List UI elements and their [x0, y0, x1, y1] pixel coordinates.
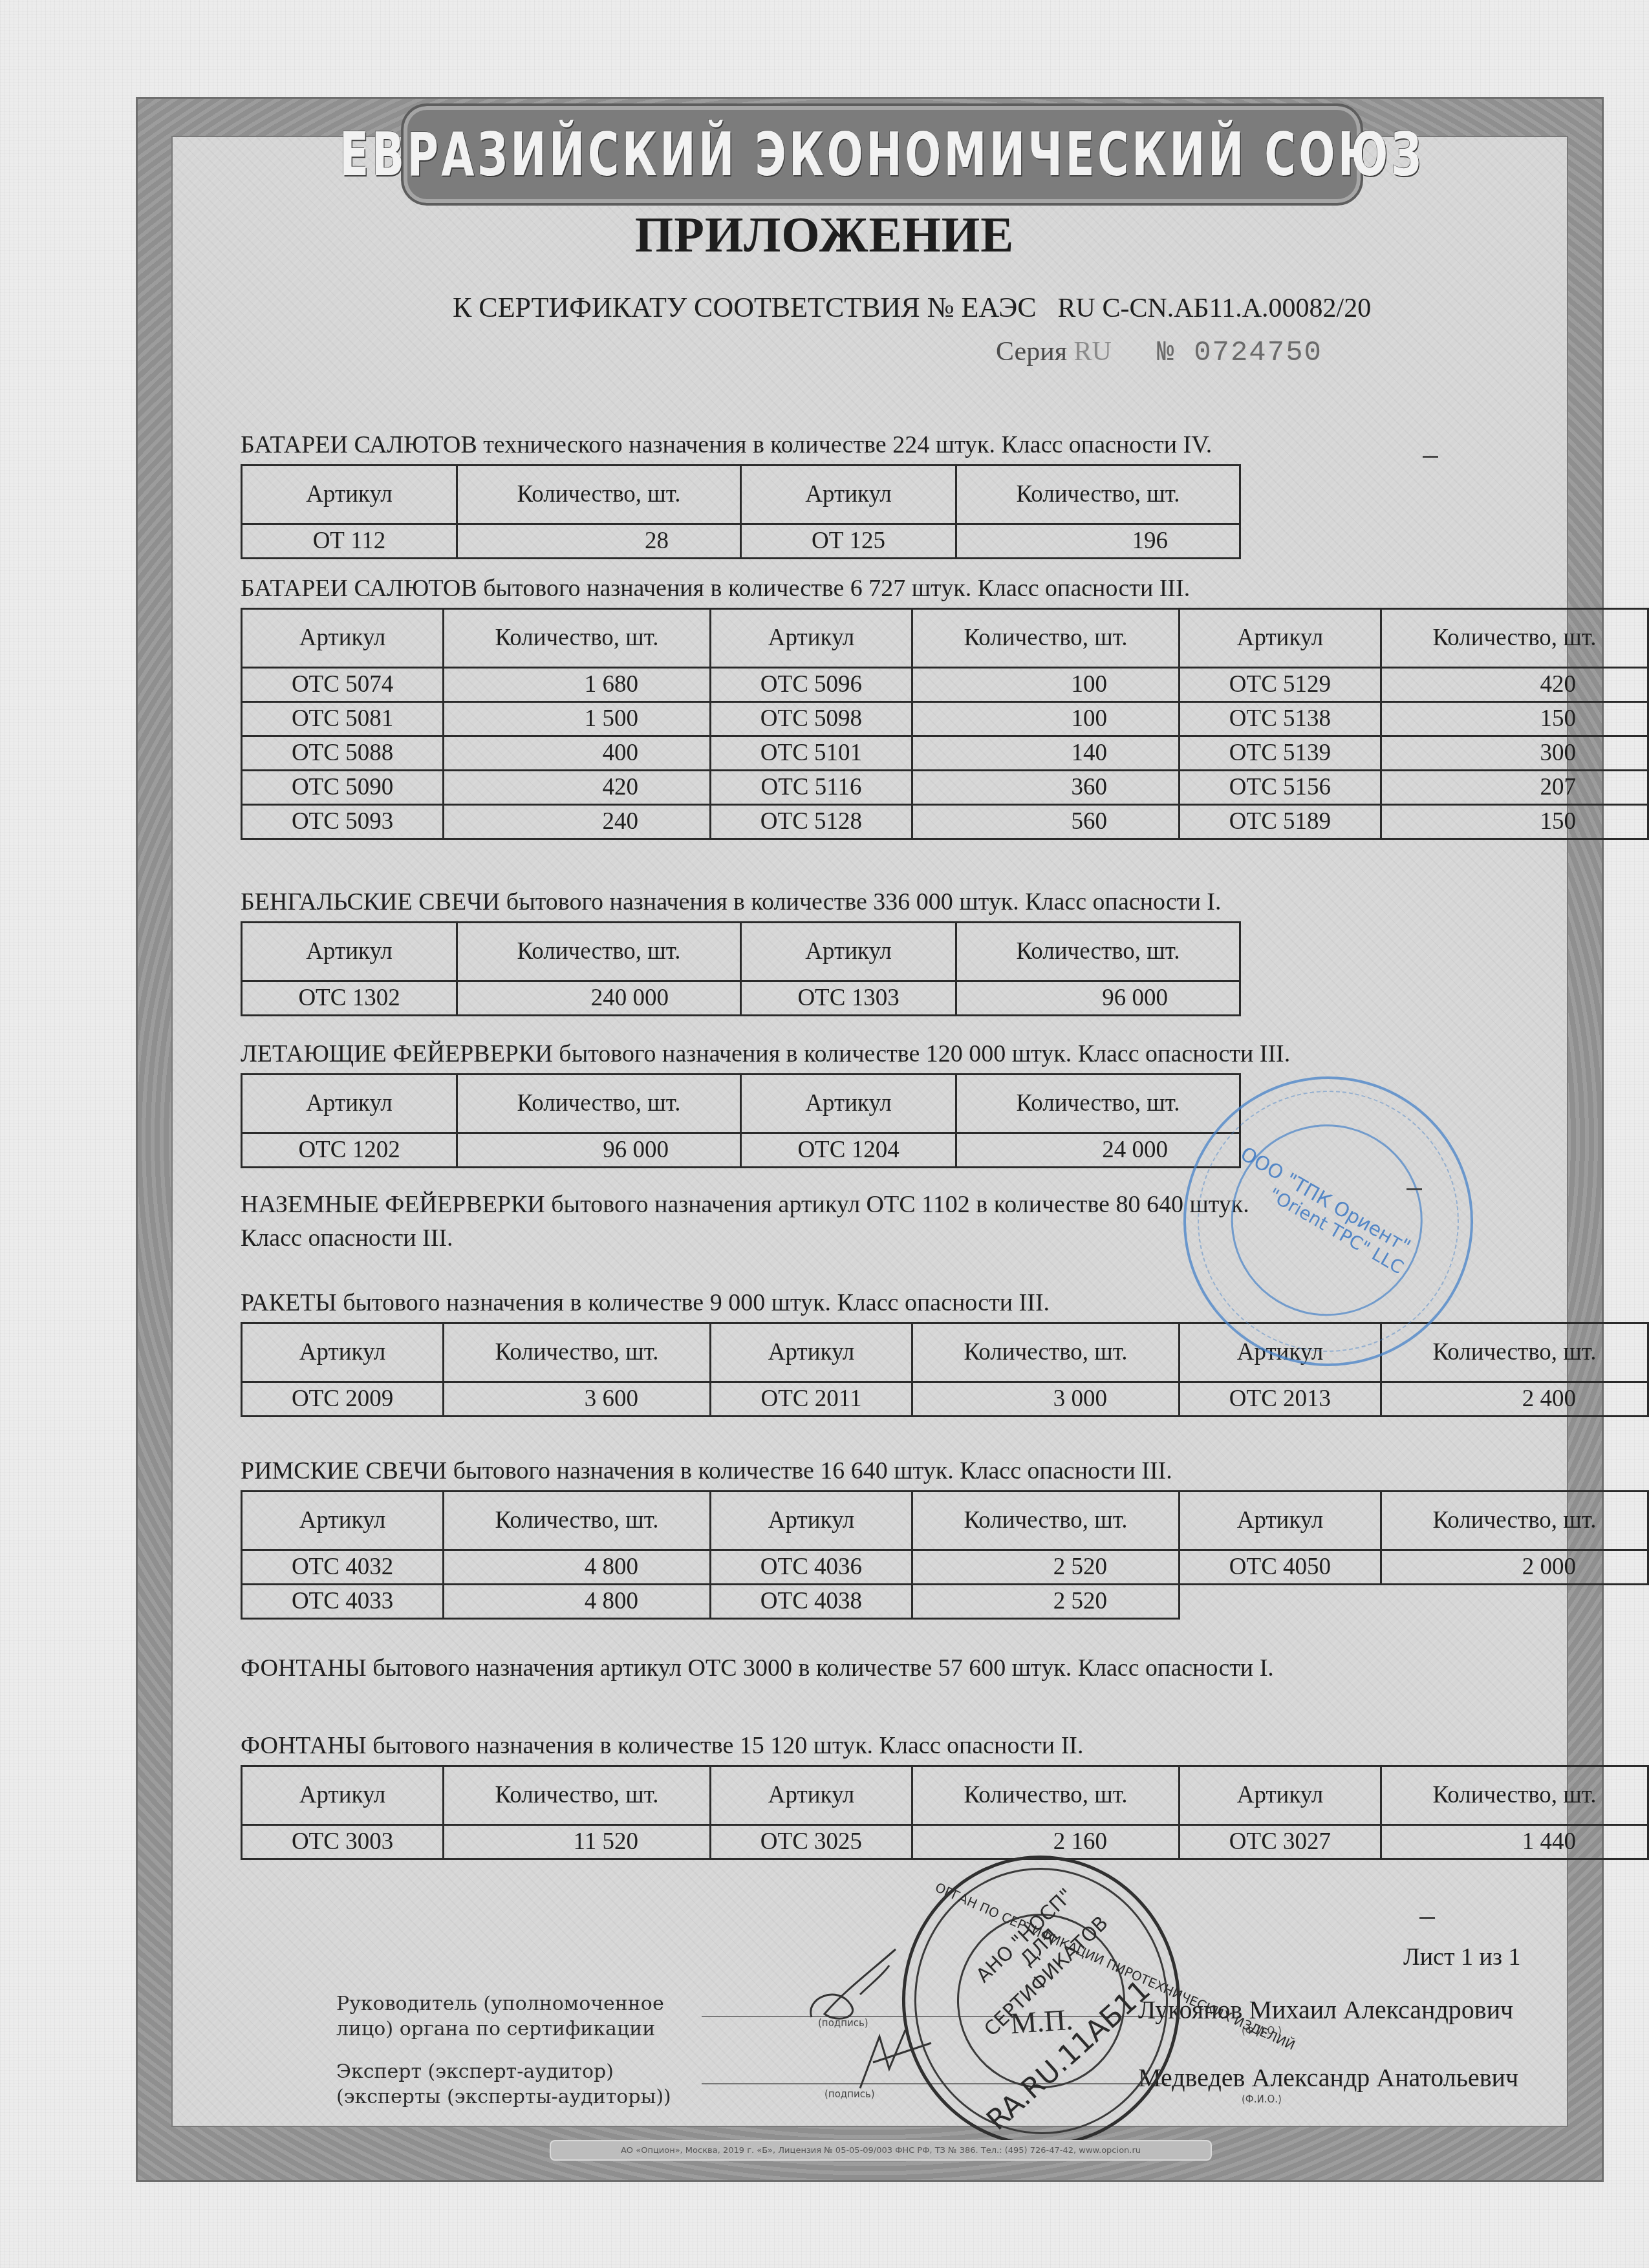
table-row: ОТС 1302240 000ОТС 130396 000	[242, 981, 1240, 1015]
quantity-cell: 400	[444, 736, 711, 770]
article-cell: ОТС 5128	[710, 804, 912, 839]
table-row: ОТС 120296 000ОТС 120424 000	[242, 1133, 1240, 1167]
article-cell: ОТС 4033	[242, 1584, 444, 1618]
column-header-quantity: Количество, шт.	[1381, 608, 1648, 667]
table-row: ОТ 11228ОТ 125196	[242, 524, 1240, 558]
column-header-article: Артикул	[242, 465, 457, 524]
column-header-quantity: Количество, шт.	[444, 1766, 711, 1824]
table-header-row: АртикулКоличество, шт.АртикулКоличество,…	[242, 1491, 1648, 1550]
quantity-cell: 300	[1381, 736, 1648, 770]
table-header-row: АртикулКоличество, шт.АртикулКоличество,…	[242, 1766, 1648, 1824]
page-title: ПРИЛОЖЕНИЕ	[17, 206, 1633, 264]
expert-label-line1: Эксперт (эксперт-аудитор)	[336, 2059, 671, 2084]
product-category: БЕНГАЛЬСКИЕ СВЕЧИ	[241, 888, 500, 915]
table-header-row: АртикулКоличество, шт.АртикулКоличество,…	[242, 465, 1240, 524]
section-caption: БЕНГАЛЬСКИЕ СВЕЧИ бытового назначения в …	[241, 889, 1241, 916]
table-row: ОТС 40334 800ОТС 40382 520	[242, 1584, 1648, 1618]
table-row: ОТС 5088400ОТС 5101140ОТС 5139300	[242, 736, 1648, 770]
section-description: технического назначения в количестве 224…	[477, 431, 1212, 458]
certificate-number: RU C-CN.АБ11.А.00082/20	[1058, 294, 1372, 323]
quantity-cell: 1 440	[1381, 1824, 1648, 1859]
article-cell: ОТС 5088	[242, 736, 444, 770]
article-cell: ОТС 5090	[242, 770, 444, 804]
product-section: ЛЕТАЮЩИЕ ФЕЙЕРВЕРКИ бытового назначения …	[241, 1041, 1290, 1168]
margin-mark	[1406, 1188, 1422, 1190]
column-header-article: Артикул	[242, 1491, 444, 1550]
certificate-reference: К СЕРТИФИКАТУ СООТВЕТСТВИЯ № ЕАЭС RU C-C…	[453, 291, 1371, 324]
column-header-quantity: Количество, шт.	[444, 608, 711, 667]
table-row: ОТС 50811 500ОТС 5098100ОТС 5138150	[242, 701, 1648, 736]
column-header-article: Артикул	[741, 922, 956, 981]
quantity-cell: 96 000	[956, 981, 1240, 1015]
quantity-cell: 4 800	[444, 1550, 711, 1584]
article-cell: ОТС 1302	[242, 981, 457, 1015]
quantity-cell: 3 000	[912, 1382, 1179, 1416]
section-description: бытового назначения в количестве 15 120 …	[367, 1732, 1084, 1759]
product-section: РИМСКИЕ СВЕЧИ бытового назначения в коли…	[241, 1458, 1649, 1620]
quantity-cell: 100	[912, 667, 1179, 701]
quantity-cell: 560	[912, 804, 1179, 839]
table-header-row: АртикулКоличество, шт.АртикулКоличество,…	[242, 1074, 1240, 1133]
stamp-mp: М.П.	[1009, 2002, 1074, 2041]
column-header-quantity: Количество, шт.	[457, 922, 741, 981]
column-header-article: Артикул	[242, 922, 457, 981]
column-header-article: Артикул	[710, 1491, 912, 1550]
section-description: бытового назначения в количестве 120 000…	[553, 1040, 1290, 1067]
column-header-quantity: Количество, шт.	[912, 1491, 1179, 1550]
quantity-cell: 420	[444, 770, 711, 804]
table-row: ОТС 300311 520ОТС 30252 160ОТС 30271 440	[242, 1824, 1648, 1859]
quantity-cell: 420	[1381, 667, 1648, 701]
header-banner: ЕВРАЗИЙСКИЙ ЭКОНОМИЧЕСКИЙ СОЮЗ	[401, 103, 1363, 206]
quantity-cell: 2 000	[1381, 1550, 1648, 1584]
column-header-quantity: Количество, шт.	[444, 1323, 711, 1382]
head-label-line1: Руководитель (уполномоченное	[336, 1991, 664, 2017]
column-header-article: Артикул	[741, 1074, 956, 1133]
section-caption-line2: Класс опасности III.	[241, 1225, 1249, 1252]
items-table: АртикулКоличество, шт.АртикулКоличество,…	[241, 1765, 1649, 1860]
section-description: бытового назначения артикул ОТС 1102 в к…	[545, 1191, 1249, 1218]
product-section: БАТАРЕИ САЛЮТОВ бытового назначения в ко…	[241, 575, 1649, 840]
product-category: НАЗЕМНЫЕ ФЕЙЕРВЕРКИ	[241, 1191, 545, 1218]
product-category: ФОНТАНЫ	[241, 1732, 367, 1759]
quantity-cell: 2 400	[1381, 1382, 1648, 1416]
article-cell: ОТС 5081	[242, 701, 444, 736]
column-header-article: Артикул	[1179, 1491, 1381, 1550]
article-cell: ОТС 5093	[242, 804, 444, 839]
article-cell: ОТС 3027	[1179, 1824, 1381, 1859]
article-cell: ОТС 4032	[242, 1550, 444, 1584]
article-cell: ОТ 125	[741, 524, 956, 558]
column-header-article: Артикул	[242, 1766, 444, 1824]
product-category: РИМСКИЕ СВЕЧИ	[241, 1457, 447, 1484]
quantity-cell: 4 800	[444, 1584, 711, 1618]
quantity-cell: 240	[444, 804, 711, 839]
expert-name: Медведев Александр Анатольевич	[1138, 2062, 1518, 2093]
column-header-quantity: Количество, шт.	[956, 465, 1240, 524]
article-cell: ОТС 2009	[242, 1382, 444, 1416]
article-cell: ОТС 5074	[242, 667, 444, 701]
column-header-article: Артикул	[242, 1323, 444, 1382]
article-cell: ОТС 4038	[710, 1584, 912, 1618]
sheet-count: Лист 1 из 1	[1403, 1943, 1520, 1971]
items-table: АртикулКоличество, шт.АртикулКоличество,…	[241, 1490, 1649, 1620]
table-row: ОТС 40324 800ОТС 40362 520ОТС 40502 000	[242, 1550, 1648, 1584]
article-cell: ОТС 5156	[1179, 770, 1381, 804]
form-number: № 0724750	[1157, 337, 1322, 369]
series-value: RU	[1073, 337, 1111, 367]
table-header-row: АртикулКоличество, шт.АртикулКоличество,…	[242, 922, 1240, 981]
product-section: ФОНТАНЫ бытового назначения артикул ОТС …	[241, 1655, 1274, 1682]
items-table: АртикулКоличество, шт.АртикулКоличество,…	[241, 1073, 1241, 1168]
article-cell: ОТС 5116	[710, 770, 912, 804]
column-header-article: Артикул	[710, 608, 912, 667]
series-line: Серия RU № 0724750	[996, 336, 1322, 369]
items-table: АртикулКоличество, шт.АртикулКоличество,…	[241, 608, 1649, 840]
expert-signature-label: Эксперт (эксперт-аудитор) (эксперты (экс…	[336, 2059, 671, 2110]
quantity-cell: 140	[912, 736, 1179, 770]
article-cell: ОТС 5189	[1179, 804, 1381, 839]
form-number-value: 0724750	[1194, 337, 1322, 369]
series-label: Серия	[996, 337, 1067, 367]
margin-mark	[1419, 1917, 1435, 1919]
quantity-cell: 1 500	[444, 701, 711, 736]
article-cell: ОТС 5098	[710, 701, 912, 736]
table-row: ОТС 5090420ОТС 5116360ОТС 5156207	[242, 770, 1648, 804]
table-row: ОТС 5093240ОТС 5128560ОТС 5189150	[242, 804, 1648, 839]
section-description: бытового назначения в количестве 9 000 ш…	[337, 1289, 1050, 1316]
quantity-cell: 196	[956, 524, 1240, 558]
column-header-article: Артикул	[242, 1074, 457, 1133]
quantity-cell: 96 000	[457, 1133, 741, 1167]
margin-mark	[1423, 456, 1438, 458]
empty-cell	[1179, 1584, 1381, 1618]
column-header-quantity: Количество, шт.	[912, 608, 1179, 667]
article-cell: ОТС 3003	[242, 1824, 444, 1859]
section-description: бытового назначения в количестве 16 640 …	[447, 1457, 1172, 1484]
section-caption: ФОНТАНЫ бытового назначения артикул ОТС …	[241, 1655, 1274, 1682]
quantity-cell: 360	[912, 770, 1179, 804]
quantity-cell: 240 000	[457, 981, 741, 1015]
table-header-row: АртикулКоличество, шт.АртикулКоличество,…	[242, 608, 1648, 667]
table-row: ОТС 20093 600ОТС 20113 000ОТС 20132 400	[242, 1382, 1648, 1416]
items-table: АртикулКоличество, шт.АртикулКоличество,…	[241, 921, 1241, 1016]
column-header-article: Артикул	[741, 465, 956, 524]
column-header-quantity: Количество, шт.	[1381, 1766, 1648, 1824]
column-header-quantity: Количество, шт.	[912, 1323, 1179, 1382]
section-description: бытового назначения артикул ОТС 3000 в к…	[367, 1654, 1274, 1682]
section-description: бытового назначения в количестве 336 000…	[500, 888, 1221, 915]
product-category: БАТАРЕИ САЛЮТОВ	[241, 575, 477, 602]
table-header-row: АртикулКоличество, шт.АртикулКоличество,…	[242, 1323, 1648, 1382]
article-cell: ОТС 5096	[710, 667, 912, 701]
head-label-line2: лицо) органа по сертификации	[336, 2017, 664, 2042]
subtitle-label: К СЕРТИФИКАТУ СООТВЕТСТВИЯ № ЕАЭС	[453, 292, 1037, 323]
column-header-quantity: Количество, шт.	[956, 1074, 1240, 1133]
article-cell: ОТ 112	[242, 524, 457, 558]
items-table: АртикулКоличество, шт.АртикулКоличество,…	[241, 464, 1241, 559]
product-category: БАТАРЕИ САЛЮТОВ	[241, 431, 477, 458]
article-cell: ОТС 3025	[710, 1824, 912, 1859]
expert-label-line2: (эксперты (эксперты-аудиторы))	[336, 2084, 671, 2110]
quantity-cell: 28	[457, 524, 741, 558]
article-cell: ОТС 5138	[1179, 701, 1381, 736]
number-sign: №	[1157, 337, 1175, 369]
printer-imprint: АО «Опцион», Москва, 2019 г. «Б», Лиценз…	[550, 2140, 1212, 2161]
section-caption: ФОНТАНЫ бытового назначения в количестве…	[241, 1733, 1649, 1760]
article-cell: ОТС 4050	[1179, 1550, 1381, 1584]
product-section: НАЗЕМНЫЕ ФЕЙЕРВЕРКИ бытового назначения …	[241, 1192, 1249, 1252]
section-caption: ЛЕТАЮЩИЕ ФЕЙЕРВЕРКИ бытового назначения …	[241, 1041, 1290, 1068]
article-cell: ОТС 2011	[710, 1382, 912, 1416]
column-header-article: Артикул	[710, 1323, 912, 1382]
product-section: БАТАРЕИ САЛЮТОВ технического назначения …	[241, 432, 1241, 559]
quantity-cell: 150	[1381, 701, 1648, 736]
article-cell: ОТС 5129	[1179, 667, 1381, 701]
column-header-quantity: Количество, шт.	[457, 465, 741, 524]
section-caption: БАТАРЕИ САЛЮТОВ бытового назначения в ко…	[241, 575, 1649, 603]
quantity-cell: 3 600	[444, 1382, 711, 1416]
section-caption: НАЗЕМНЫЕ ФЕЙЕРВЕРКИ бытового назначения …	[241, 1192, 1249, 1219]
article-cell: ОТС 1303	[741, 981, 956, 1015]
quantity-cell: 11 520	[444, 1824, 711, 1859]
article-cell: ОТС 1204	[741, 1133, 956, 1167]
quantity-cell: 1 680	[444, 667, 711, 701]
article-cell: ОТС 5139	[1179, 736, 1381, 770]
table-row: ОТС 50741 680ОТС 5096100ОТС 5129420	[242, 667, 1648, 701]
section-caption: РИМСКИЕ СВЕЧИ бытового назначения в коли…	[241, 1458, 1649, 1485]
section-caption: БАТАРЕИ САЛЮТОВ технического назначения …	[241, 432, 1241, 459]
column-header-quantity: Количество, шт.	[956, 922, 1240, 981]
product-category: ЛЕТАЮЩИЕ ФЕЙЕРВЕРКИ	[241, 1040, 553, 1067]
column-header-quantity: Количество, шт.	[1381, 1491, 1648, 1550]
quantity-cell: 2 160	[912, 1824, 1179, 1859]
column-header-article: Артикул	[242, 608, 444, 667]
quantity-cell: 150	[1381, 804, 1648, 839]
article-cell: ОТС 5101	[710, 736, 912, 770]
column-header-quantity: Количество, шт.	[457, 1074, 741, 1133]
product-category: РАКЕТЫ	[241, 1289, 337, 1316]
article-cell: ОТС 1202	[242, 1133, 457, 1167]
items-table: АртикулКоличество, шт.АртикулКоличество,…	[241, 1322, 1649, 1417]
column-header-article: Артикул	[1179, 608, 1381, 667]
article-cell: ОТС 4036	[710, 1550, 912, 1584]
head-signature-label: Руководитель (уполномоченное лицо) орган…	[336, 1991, 664, 2042]
article-cell: ОТС 2013	[1179, 1382, 1381, 1416]
quantity-cell: 207	[1381, 770, 1648, 804]
column-header-article: Артикул	[1179, 1766, 1381, 1824]
quantity-cell: 100	[912, 701, 1179, 736]
banner-text: ЕВРАЗИЙСКИЙ ЭКОНОМИЧЕСКИЙ СОЮЗ	[339, 120, 1424, 189]
empty-cell	[1381, 1584, 1648, 1618]
quantity-cell: 2 520	[912, 1550, 1179, 1584]
product-section: БЕНГАЛЬСКИЕ СВЕЧИ бытового назначения в …	[241, 889, 1241, 1016]
product-category: ФОНТАНЫ	[241, 1654, 367, 1682]
section-description: бытового назначения в количестве 6 727 ш…	[477, 575, 1190, 602]
column-header-quantity: Количество, шт.	[444, 1491, 711, 1550]
column-header-quantity: Количество, шт.	[912, 1766, 1179, 1824]
expert-fio-caption: (Ф.И.О.)	[1242, 2093, 1282, 2105]
column-header-article: Артикул	[710, 1766, 912, 1824]
product-section: ФОНТАНЫ бытового назначения в количестве…	[241, 1733, 1649, 1860]
quantity-cell: 2 520	[912, 1584, 1179, 1618]
